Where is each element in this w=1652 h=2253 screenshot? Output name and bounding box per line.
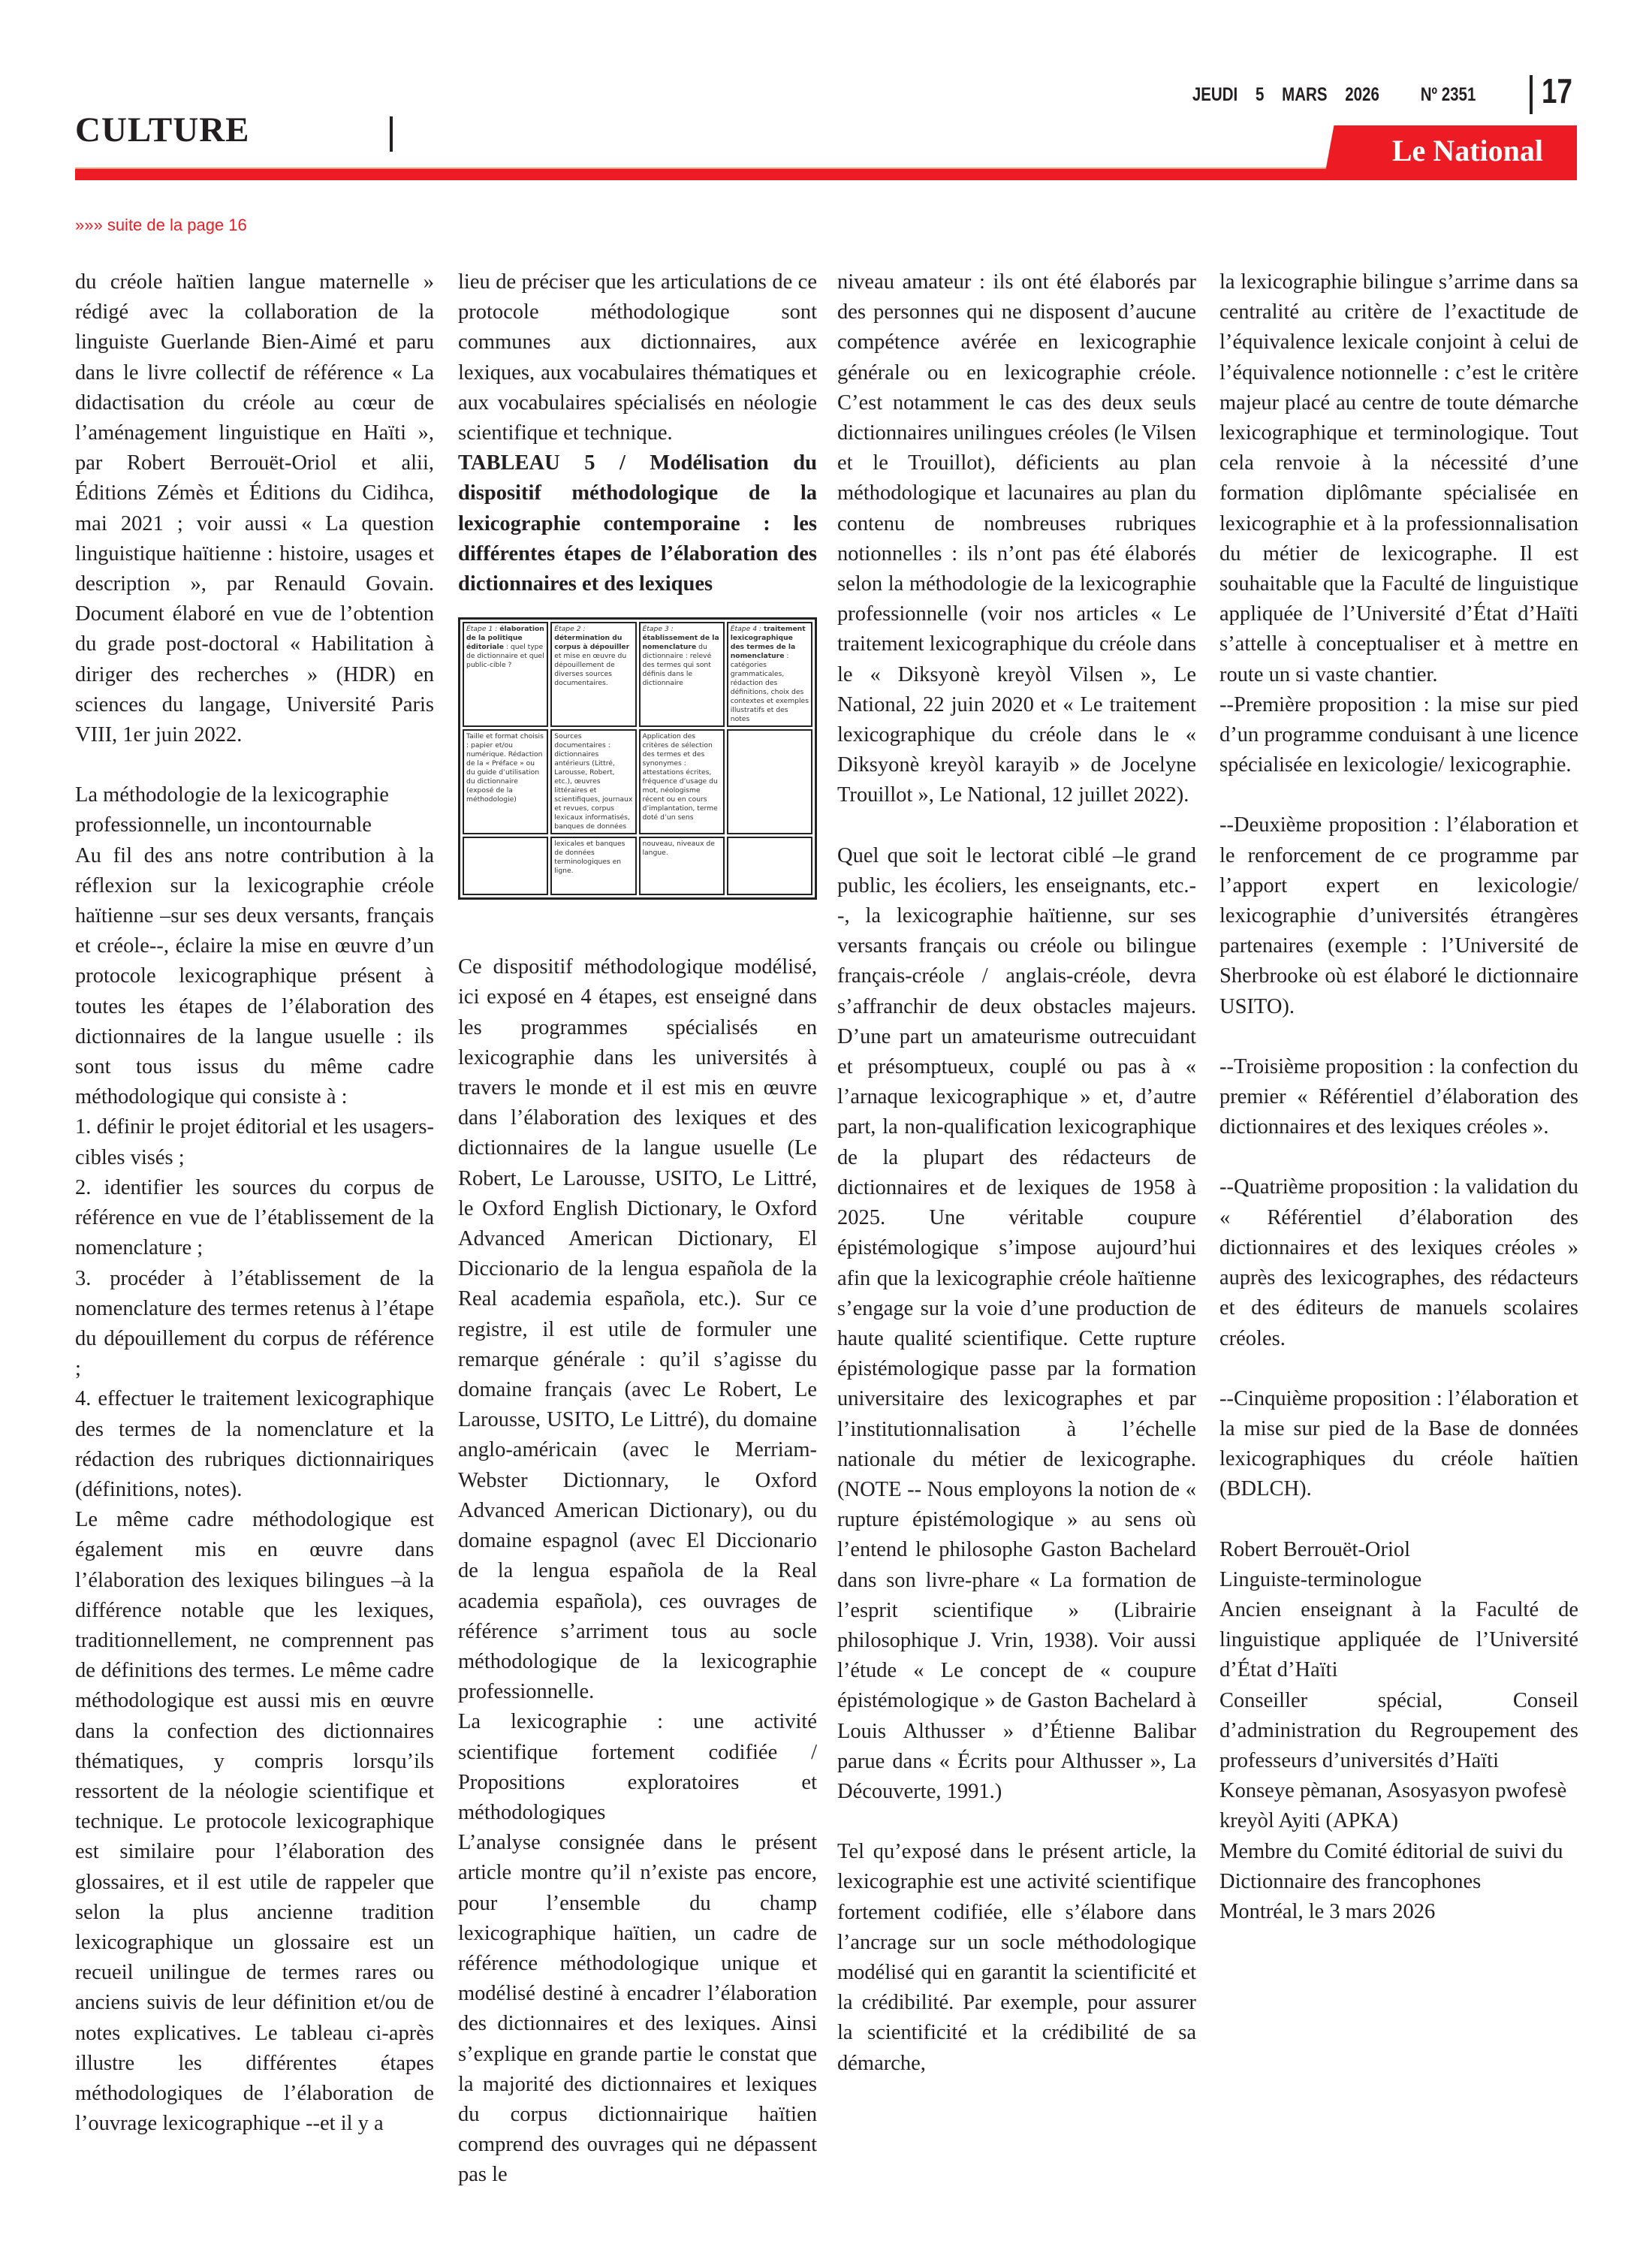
- table-row: lexicales et banques de données terminol…: [463, 837, 812, 895]
- table-cell: Taille et format choisis : papier et/ou …: [463, 729, 548, 834]
- table-cell: [727, 837, 812, 895]
- brand-tab: Le National: [1324, 125, 1577, 179]
- step-title: détermination du corpus à dépouiller: [554, 634, 629, 651]
- paragraph: lieu de préciser que les articulations d…: [458, 267, 817, 448]
- list-item: 1. définir le projet éditorial et les us…: [75, 1112, 434, 1172]
- page-number: 17: [1542, 71, 1572, 111]
- brand-logo-text: Le National: [1392, 133, 1543, 168]
- paragraph: Tel qu’exposé dans le présent article, l…: [837, 1837, 1196, 2079]
- proposal-1: --Première proposition : la mise sur pie…: [1219, 690, 1578, 781]
- list-item: 2. identifier les sources du corpus de r…: [75, 1173, 434, 1264]
- author-signature: Robert Berrouët-Oriol Linguiste-terminol…: [1219, 1535, 1578, 1928]
- place-date: Montréal, le 3 mars 2026: [1219, 1897, 1578, 1927]
- table-cell: Étape 3 : établissement de la nomenclatu…: [639, 622, 725, 727]
- table-cell: Application des critères de sélection de…: [639, 729, 725, 834]
- step-description: : catégories grammaticales, rédaction de…: [731, 652, 809, 723]
- author-role: Konseye pèmanan, Asosyasyon pwofesè krey…: [1219, 1776, 1578, 1836]
- article-column-2: lieu de préciser que les articulations d…: [458, 267, 817, 2191]
- paragraph: Le même cadre méthodologique est égaleme…: [75, 1505, 434, 2139]
- table-cell: nouveau, niveaux de langue.: [639, 837, 725, 895]
- table-cell: lexicales et banques de données terminol…: [550, 837, 636, 895]
- proposal-3: --Troisième proposition : la confection …: [1219, 1052, 1578, 1143]
- issue-day: JEUDI: [1192, 84, 1237, 105]
- step-label: Étape 3 :: [643, 625, 674, 633]
- table-cell: Étape 4 : traitement lexicographique des…: [727, 622, 812, 727]
- step-label: Étape 2 :: [554, 625, 585, 633]
- table-cell: Étape 1 : élaboration de la politique éd…: [463, 622, 548, 727]
- section-divider: [390, 116, 393, 152]
- article-column-1: du créole haïtien langue maternelle » ré…: [75, 267, 434, 2139]
- page-number-divider: [1530, 75, 1533, 114]
- paragraph: niveau amateur : ils ont été élaborés pa…: [837, 267, 1196, 811]
- author-role: Ancien enseignant à la Faculté de lingui…: [1219, 1595, 1578, 1686]
- paragraph: Ce dispositif méthodologique modélisé, i…: [458, 952, 817, 1707]
- article-column-3: niveau amateur : ils ont été élaborés pa…: [837, 267, 1196, 2079]
- table-cell: Sources documentaires : dictionnaires an…: [550, 729, 636, 834]
- issue-month: MARS: [1282, 84, 1327, 105]
- methodology-table: Étape 1 : élaboration de la politique éd…: [458, 617, 817, 900]
- table-cell: [727, 729, 812, 834]
- subheading: La méthodologie de la lexicographie prof…: [75, 780, 434, 840]
- proposal-2: --Deuxième proposition : l’élaboration e…: [1219, 810, 1578, 1021]
- issue-number: Nº 2351: [1420, 84, 1476, 105]
- paragraph: Au fil des ans notre contribution à la r…: [75, 841, 434, 1113]
- author-role: Membre du Comité éditorial de suivi du D…: [1219, 1837, 1578, 1897]
- table-cell: Étape 2 : détermination du corpus à dépo…: [550, 622, 636, 727]
- issue-date-line: JEUDI 5 MARS 2026 Nº 2351: [1178, 84, 1476, 106]
- table-caption: TABLEAU 5 / Modélisation du dispositif m…: [458, 448, 817, 599]
- step-label: Étape 1 :: [466, 625, 497, 633]
- table-cell: [463, 837, 548, 895]
- proposal-4: --Quatrième proposition : la validation …: [1219, 1172, 1578, 1353]
- author-title: Linguiste-terminologue: [1219, 1565, 1578, 1595]
- step-title: établissement de la nomenclature: [643, 634, 719, 651]
- list-item: 4. effectuer le traitement lexicographiq…: [75, 1384, 434, 1505]
- table-row: Étape 1 : élaboration de la politique éd…: [463, 622, 812, 727]
- step-label: Étape 4 :: [731, 625, 761, 633]
- paragraph: la lexicographie bilingue s’arrime dans …: [1219, 267, 1578, 690]
- author-name: Robert Berrouët-Oriol: [1219, 1535, 1578, 1565]
- step-description: et mise en œuvre du dépouillement de div…: [554, 652, 626, 687]
- table-row: Taille et format choisis : papier et/ou …: [463, 729, 812, 834]
- continued-from-link[interactable]: »»» suite de la page 16: [75, 216, 247, 235]
- paragraph: L’analyse consignée dans le présent arti…: [458, 1828, 817, 2190]
- paragraph: Quel que soit le lectorat ciblé –le gran…: [837, 841, 1196, 1808]
- author-role: Conseiller spécial, Conseil d’administra…: [1219, 1686, 1578, 1777]
- article-column-4: la lexicographie bilingue s’arrime dans …: [1219, 267, 1578, 1927]
- paragraph: du créole haïtien langue maternelle » ré…: [75, 267, 434, 750]
- list-item: 3. procéder à l’établissement de la nome…: [75, 1264, 434, 1385]
- subheading: La lexicographie : une activité scientif…: [458, 1707, 817, 1828]
- issue-year: 2026: [1345, 84, 1379, 105]
- section-title: CULTURE: [75, 110, 250, 150]
- issue-date-number: 5: [1256, 84, 1264, 105]
- proposal-5: --Cinquième proposition : l’élaboration …: [1219, 1384, 1578, 1505]
